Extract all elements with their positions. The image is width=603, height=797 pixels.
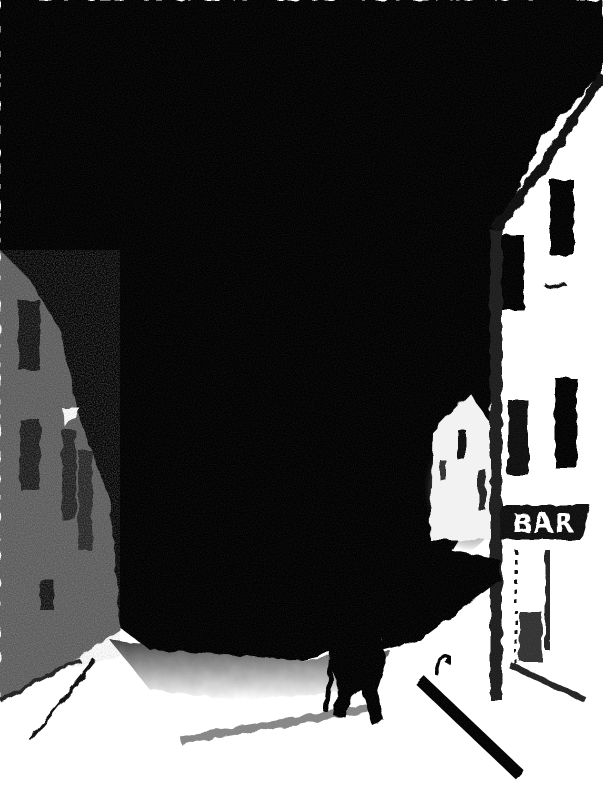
street-illustration: BAR: [0, 0, 603, 797]
charcoal-grain: [0, 0, 603, 797]
